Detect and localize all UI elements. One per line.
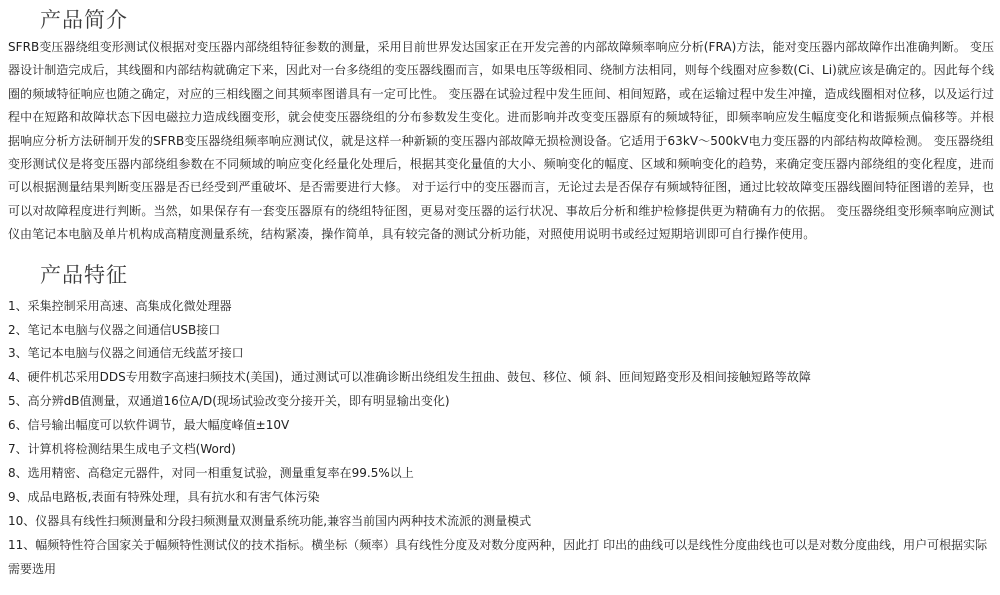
feature-item: 3、笔记本电脑与仪器之间通信无线蓝牙接口: [8, 342, 994, 366]
feature-item: 8、选用精密、高稳定元器件，对同一相重复试验，测量重复率在99.5%以上: [8, 462, 994, 486]
feature-item: 5、高分辨dB值测量，双通道16位A/D(现场试验改变分接开关，即有明显输出变化…: [8, 390, 994, 414]
intro-heading: 产品简介: [0, 0, 1000, 36]
feature-item: 7、计算机将检测结果生成电子文档(Word): [8, 438, 994, 462]
feature-item: 2、笔记本电脑与仪器之间通信USB接口: [8, 319, 994, 343]
feature-item: 4、硬件机芯采用DDS专用数字高速扫频技术(美国)，通过测试可以准确诊断出绕组发…: [8, 366, 994, 390]
features-list: 1、采集控制采用高速、高集成化微处理器 2、笔记本电脑与仪器之间通信USB接口 …: [0, 289, 1000, 582]
intro-paragraph: SFRB变压器绕组变形测试仪根据对变压器内部绕组特征参数的测量，采用目前世界发达…: [0, 36, 1000, 247]
feature-item: 9、成品电路板,表面有特殊处理，具有抗水和有害气体污染: [8, 486, 994, 510]
feature-item: 10、仪器具有线性扫频测量和分段扫频测量双测量系统功能,兼容当前国内两种技术流派…: [8, 510, 994, 534]
feature-item: 6、信号输出幅度可以软件调节，最大幅度峰值±10V: [8, 414, 994, 438]
feature-item: 11、幅频特性符合国家关于幅频特性测试仪的技术指标。横坐标（频率）具有线性分度及…: [8, 534, 994, 582]
product-page: 产品简介 SFRB变压器绕组变形测试仪根据对变压器内部绕组特征参数的测量，采用目…: [0, 0, 1000, 595]
features-heading: 产品特征: [0, 261, 1000, 289]
feature-item: 1、采集控制采用高速、高集成化微处理器: [8, 295, 994, 319]
